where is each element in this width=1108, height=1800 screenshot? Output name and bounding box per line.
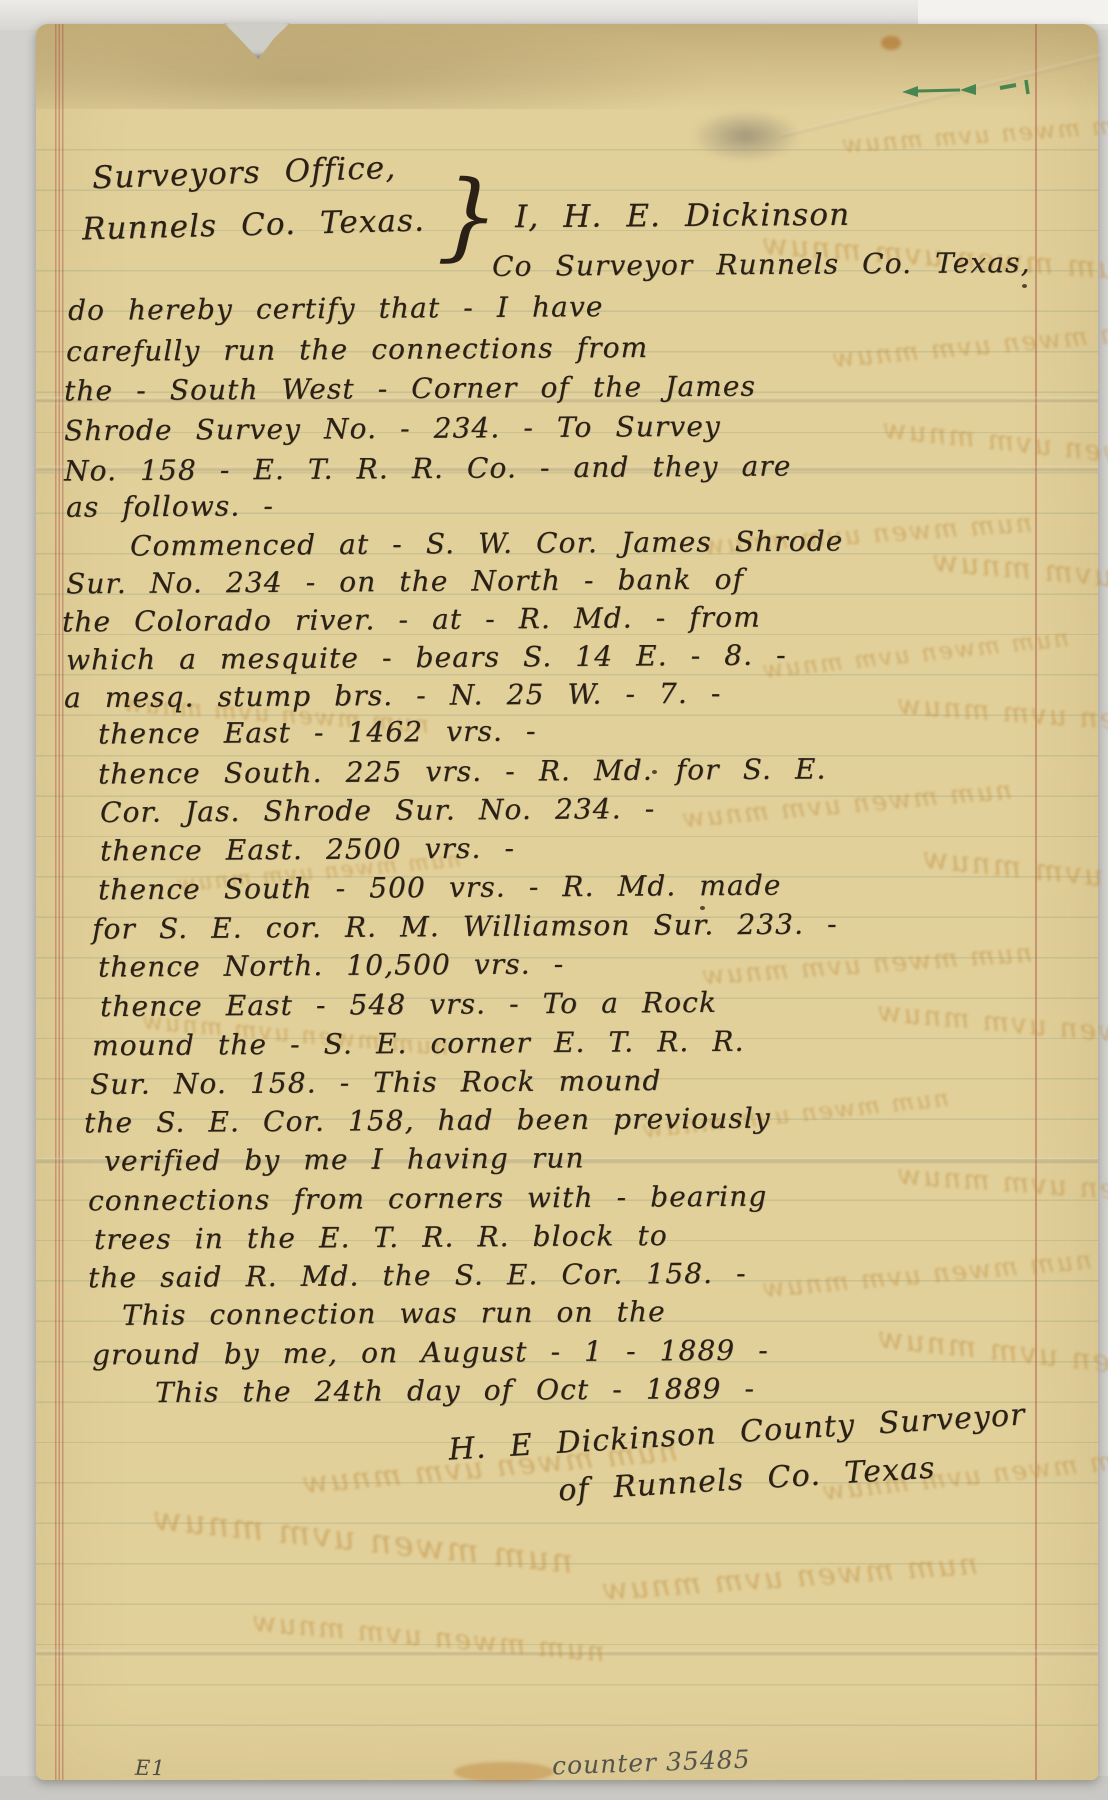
fold-crease — [36, 1650, 1098, 1657]
handwritten-line: thence East. 2500 vrs. - — [100, 832, 515, 868]
handwritten-line: which a mesquite - bears S. 14 E. - 8. - — [66, 638, 787, 676]
handwritten-line: the S. E. Cor. 158, had been previously — [84, 1102, 771, 1140]
handwritten-line: carefully run the connections from — [66, 331, 648, 368]
handwritten-line: connections from corners with - bearing — [88, 1180, 768, 1218]
handwritten-line: Commenced at - S. W. Cor. James Shrode — [130, 525, 844, 563]
handwritten-line: Shrode Survey No. - 234. - To Survey — [64, 410, 721, 448]
handwritten-line: as follows. - — [66, 489, 274, 523]
right-red-margin — [1035, 24, 1037, 1780]
certifier-title: Co Surveyor Runnels Co. Texas, — [492, 246, 1031, 283]
handwritten-line: No. 158 - E. T. R. R. Co. - and they are — [64, 449, 792, 487]
stain — [881, 36, 901, 50]
handwritten-line: thence South. 225 vrs. - R. Md. for S. E… — [98, 752, 827, 790]
handwritten-line: mound the - S. E. corner E. T. R. R. — [92, 1025, 745, 1063]
scanned-document: num mwen uvm mnuwnum mwen uvm mnuwnum mw… — [0, 0, 1108, 1800]
handwritten-line: Cor. Jas. Shrode Sur. No. 234. - — [100, 792, 655, 829]
handwritten-line: thence North. 10,500 vrs. - — [98, 947, 565, 983]
handwritten-line: thence East - 1462 vrs. - — [98, 714, 537, 750]
handwritten-line: Sur. No. 158. - This Rock mound — [90, 1064, 662, 1101]
handwritten-line: the - South West - Corner of the James — [64, 370, 756, 408]
handwritten-line: verified by me I having run — [104, 1141, 585, 1177]
ink-speck — [1022, 284, 1027, 288]
scanner-background-top-right — [918, 0, 1108, 24]
green-ink-marks — [888, 52, 1064, 104]
handwritten-line: trees in the E. T. R. R. block to — [94, 1219, 668, 1256]
gray-smudge — [691, 110, 801, 162]
handwritten-line: This connection was run on the — [122, 1295, 666, 1332]
handwritten-line: thence East - 548 vrs. - To a Rock — [100, 986, 717, 1023]
handwritten-line: a mesq. stump brs. - N. 25 W. - 7. - — [64, 677, 722, 715]
handwritten-line: the Colorado river. - at - R. Md. - from — [62, 601, 761, 639]
certifier-name: I, H. E. Dickinson — [515, 197, 850, 235]
handwritten-line: for S. E. cor. R. M. Williamson Sur. 233… — [92, 907, 838, 945]
handwritten-line: ground by me, on August - 1 - 1889 - — [92, 1334, 769, 1372]
handwritten-line: This the 24th day of Oct - 1889 - — [155, 1372, 755, 1409]
stain — [454, 1762, 554, 1782]
left-red-margin — [55, 24, 65, 1780]
handwritten-line: the said R. Md. the S. E. Cor. 158. - — [88, 1257, 747, 1295]
handwritten-line: thence South - 500 vrs. - R. Md. made — [98, 869, 782, 907]
handwritten-line: Sur. No. 234 - on the North - bank of — [66, 563, 744, 601]
pencil-note-left: E1 — [135, 1756, 166, 1781]
handwritten-line: do hereby certify that - I have — [68, 290, 604, 327]
